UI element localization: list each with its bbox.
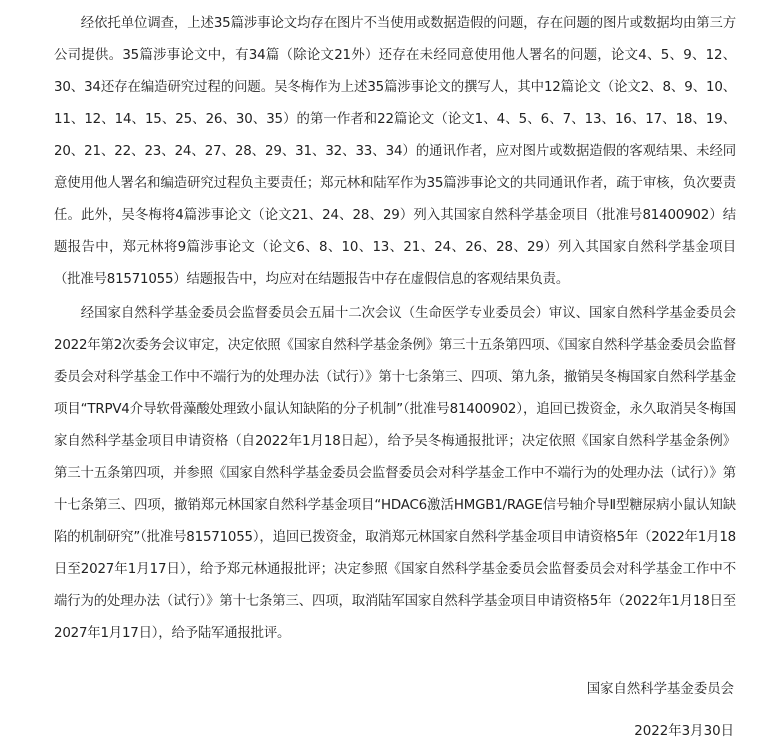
signature-organization: 国家自然科学基金委员会 (587, 680, 734, 700)
document-body: 经依托单位调查，上述35篇涉事论文均存在图片不当使用或数据造假的问题，存在问题的… (54, 8, 736, 650)
signature-date: 2022年3月30日 (634, 722, 734, 742)
paragraph-investigation: 经依托单位调查，上述35篇涉事论文均存在图片不当使用或数据造假的问题，存在问题的… (54, 8, 736, 296)
paragraph-decision: 经国家自然科学基金委员会监督委员会五届十二次会议（生命医学专业委员会）审议、国家… (54, 298, 736, 650)
